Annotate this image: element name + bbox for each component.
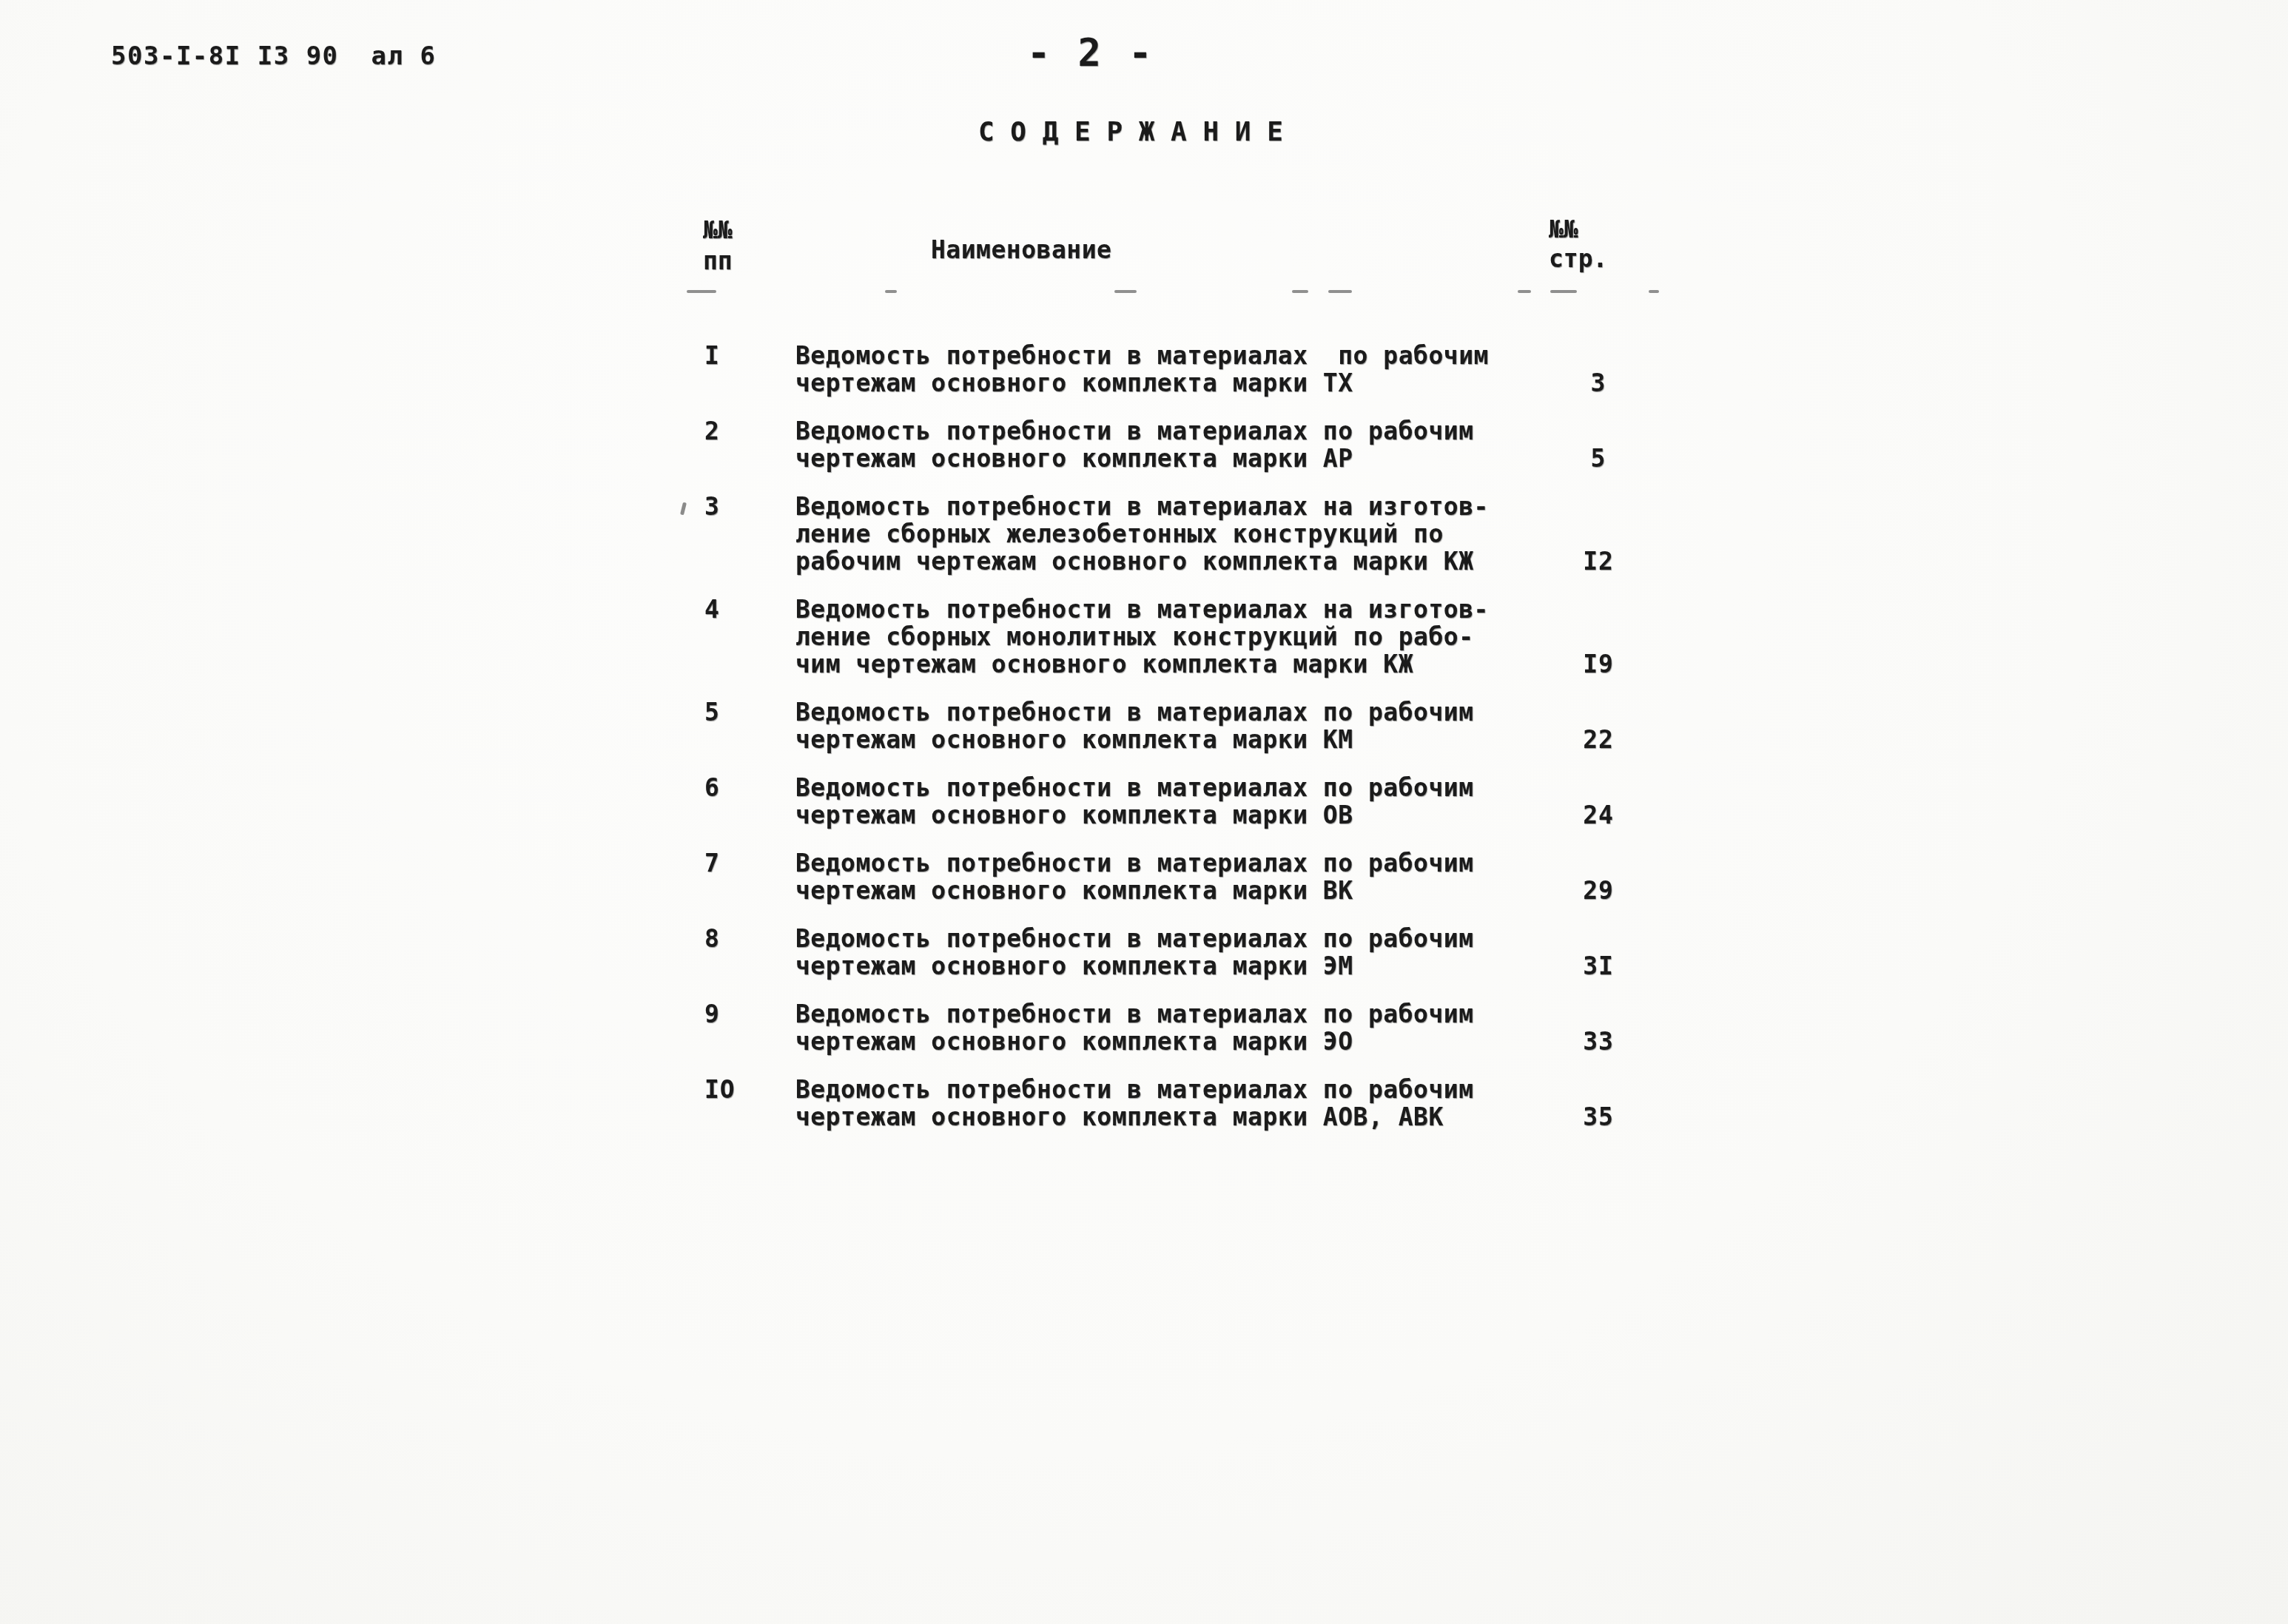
column-header-row-number: №№ пп: [703, 215, 733, 277]
row-title: Ведомость потребности в материалах по ра…: [795, 849, 1550, 904]
row-number: 7: [704, 849, 795, 904]
document-code: 503-I-8I I3 90 ал 6: [111, 41, 436, 71]
row-page-number: 3I: [1550, 952, 1646, 980]
row-title: Ведомость потребности в материалах по ра…: [795, 698, 1550, 753]
row-number: 6: [704, 774, 795, 829]
divider-dash: [1518, 290, 1531, 293]
page-title: С О Д Е Р Ж А Н И Е: [978, 117, 1283, 147]
column-header-page: №№ стр.: [1549, 215, 1607, 274]
header-divider: [0, 289, 2288, 294]
row-page-number: 5: [1550, 445, 1646, 472]
row-number: 8: [704, 925, 795, 980]
row-page-number: 3: [1550, 369, 1646, 397]
row-title: Ведомость потребности в материалах по ра…: [795, 925, 1550, 980]
row-page-number: I2: [1550, 547, 1646, 575]
row-title: Ведомость потребности в материалах по ра…: [795, 1000, 1550, 1055]
table-row: 5Ведомость потребности в материалах по р…: [704, 698, 1659, 753]
table-row: IВедомость потребности в материалах по р…: [704, 342, 1659, 397]
row-number: 2: [704, 417, 795, 472]
table-row: 3Ведомость потребности в материалах на и…: [704, 493, 1659, 575]
divider-dash: [1328, 290, 1352, 293]
toc-list: IВедомость потребности в материалах по р…: [704, 342, 1659, 1151]
row-page-number: 24: [1550, 801, 1646, 829]
page-number: - 2 -: [1027, 31, 1154, 75]
divider-dash: [1114, 290, 1137, 293]
row-title: Ведомость потребности в материалах по ра…: [795, 417, 1550, 472]
divider-dash: [1550, 290, 1577, 293]
row-number: 4: [704, 596, 795, 678]
row-number: 9: [704, 1000, 795, 1055]
table-row: 4Ведомость потребности в материалах на и…: [704, 596, 1659, 678]
document-page: 503-I-8I I3 90 ал 6 - 2 - С О Д Е Р Ж А …: [0, 0, 2288, 1624]
table-row: 9Ведомость потребности в материалах по р…: [704, 1000, 1659, 1055]
scan-artifact: [680, 502, 687, 516]
row-page-number: 22: [1550, 726, 1646, 753]
divider-dash: [885, 290, 897, 293]
row-number: I: [704, 342, 795, 397]
row-number: IO: [704, 1076, 795, 1131]
divider-dash: [1649, 290, 1659, 293]
table-row: 6Ведомость потребности в материалах по р…: [704, 774, 1659, 829]
row-title: Ведомость потребности в материалах по ра…: [795, 774, 1550, 829]
row-title: Ведомость потребности в материалах на из…: [795, 493, 1550, 575]
row-number: 5: [704, 698, 795, 753]
row-title: Ведомость потребности в материалах по ра…: [795, 1076, 1550, 1131]
row-page-number: 35: [1550, 1103, 1646, 1131]
row-title: Ведомость потребности в материалах по ра…: [795, 342, 1550, 397]
table-row: 2Ведомость потребности в материалах по р…: [704, 417, 1659, 472]
divider-dash: [687, 290, 716, 293]
divider-dash: [1292, 290, 1308, 293]
table-row: IOВедомость потребности в материалах по …: [704, 1076, 1659, 1131]
row-page-number: I9: [1550, 650, 1646, 678]
column-header-name: Наименование: [931, 235, 1111, 264]
row-page-number: 33: [1550, 1028, 1646, 1055]
table-row: 8Ведомость потребности в материалах по р…: [704, 925, 1659, 980]
row-page-number: 29: [1550, 877, 1646, 904]
row-title: Ведомость потребности в материалах на из…: [795, 596, 1550, 678]
table-row: 7Ведомость потребности в материалах по р…: [704, 849, 1659, 904]
row-number: 3: [704, 493, 795, 575]
